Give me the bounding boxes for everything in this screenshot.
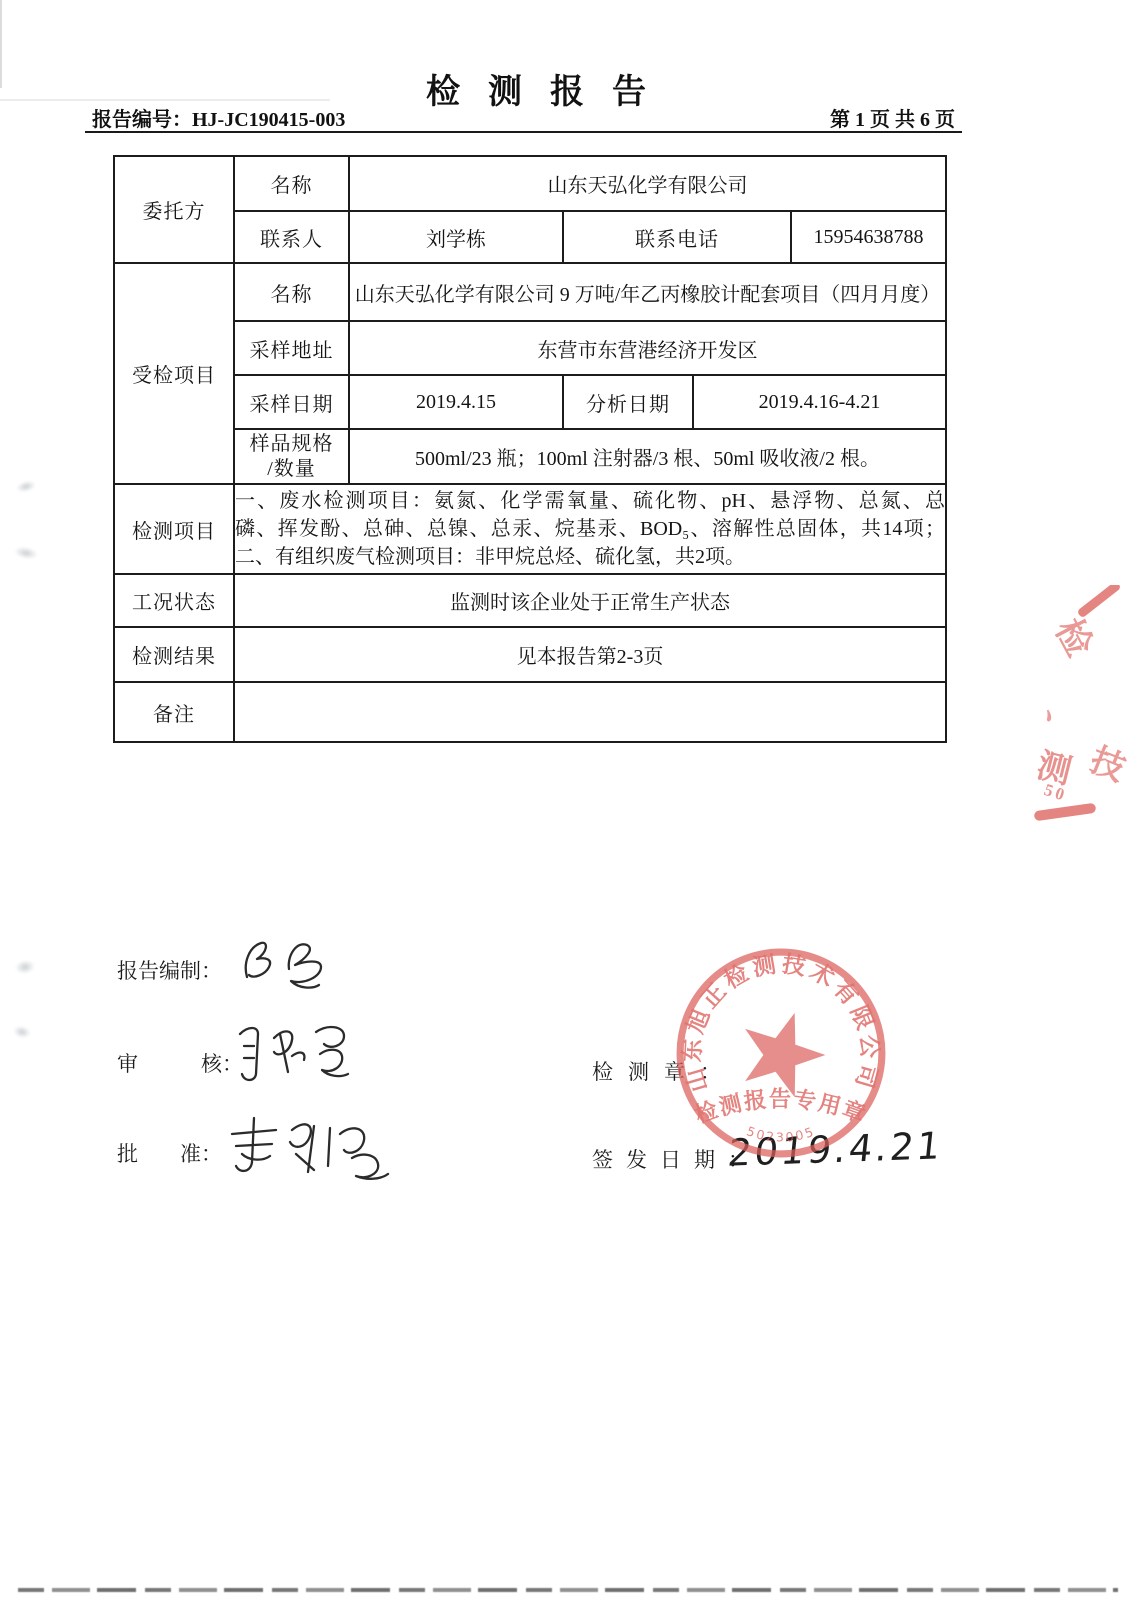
scan-smudge <box>14 959 36 976</box>
contact-value: 刘学栋 <box>349 211 563 263</box>
address-label: 采样地址 <box>234 321 349 375</box>
result-label: 检测结果 <box>114 627 234 682</box>
condition-value: 监测时该企业处于正常生产状态 <box>234 574 946 627</box>
items-line-1: 一、废水检测项目：氨氮、化学需氧量、硫化物、pH、悬浮物、总氮、总 <box>235 487 945 515</box>
header-rule <box>85 131 962 133</box>
scan-smudge <box>15 479 37 495</box>
table-row: 样品规格 /数量 500ml/23 瓶；100ml 注射器/3 根、50ml 吸… <box>114 429 946 484</box>
report-number-value: HJ-JC190415-003 <box>192 109 345 131</box>
table-row: 联系人 刘学栋 联系电话 15954638788 <box>114 211 946 263</box>
project-name-value: 山东天弘化学有限公司 9 万吨/年乙丙橡胶计配套项目（四月月度） <box>349 263 946 321</box>
report-number-label: 报告编号： <box>92 109 192 131</box>
table-row: 采样地址 东营市东营港经济开发区 <box>114 321 946 375</box>
remark-label: 备注 <box>114 682 234 742</box>
items-content: 一、废水检测项目：氨氮、化学需氧量、硫化物、pH、悬浮物、总氮、总 磷、挥发酚、… <box>234 484 946 574</box>
contact-label: 联系人 <box>234 211 349 263</box>
table-row: 受检项目 名称 山东天弘化学有限公司 9 万吨/年乙丙橡胶计配套项目（四月月度） <box>114 263 946 321</box>
table-row: 备注 <box>114 682 946 742</box>
project-label: 受检项目 <box>114 263 234 484</box>
analysis-date-value: 2019.4.16-4.21 <box>693 375 946 429</box>
spec-label: 样品规格 /数量 <box>234 429 349 484</box>
condition-label: 工况状态 <box>114 574 234 627</box>
scanned-report-page: 检测报告 报告编号：HJ-JC190415-003 第 1 页 共 6 页 委托… <box>0 0 1130 1600</box>
report-summary-table: 委托方 名称 山东天弘化学有限公司 联系人 刘学栋 联系电话 159546387… <box>113 155 947 743</box>
prepared-by-label: 报告编制： <box>117 955 222 985</box>
client-name-value: 山东天弘化学有限公司 <box>349 156 946 211</box>
table-row: 检测结果 见本报告第2-3页 <box>114 627 946 682</box>
client-label: 委托方 <box>114 156 234 263</box>
table-row: 工况状态 监测时该企业处于正常生产状态 <box>114 574 946 627</box>
sampling-date-value: 2019.4.15 <box>349 375 563 429</box>
scan-artifact-edge <box>0 0 2 88</box>
table-row: 检测项目 一、废水检测项目：氨氮、化学需氧量、硫化物、pH、悬浮物、总氮、总 磷… <box>114 484 946 574</box>
edge-seal-fragments: 检 、 测 技 50 <box>1032 585 1130 823</box>
result-value: 见本报告第2-3页 <box>234 627 946 682</box>
items-line-3: 二、有组织废气检测项目：非甲烷总烃、硫化氢，共2项。 <box>235 543 945 571</box>
scan-smudge <box>12 1024 32 1039</box>
approved-by-label: 批 准： <box>117 1138 222 1168</box>
analysis-date-label: 分析日期 <box>563 375 693 429</box>
sampling-date-label: 采样日期 <box>234 375 349 429</box>
edge-seal-char: 、 <box>1037 686 1091 742</box>
spec-label-line1: 样品规格 <box>235 432 348 457</box>
reviewed-by-signature <box>228 1016 358 1094</box>
table-row: 采样日期 2019.4.15 分析日期 2019.4.16-4.21 <box>114 375 946 429</box>
spec-label-line2: /数量 <box>235 457 348 482</box>
spec-value: 500ml/23 瓶；100ml 注射器/3 根、50ml 吸收液/2 根。 <box>349 429 946 484</box>
company-seal: 山东旭正检测技术有限公司 检测报告专用章 3705023005979 <box>670 942 892 1164</box>
svg-text:检测报告专用章: 检测报告专用章 <box>691 1086 870 1128</box>
client-name-label: 名称 <box>234 156 349 211</box>
edge-seal-char: 技 <box>1084 732 1130 790</box>
project-name-label: 名称 <box>234 263 349 321</box>
address-value: 东营市东营港经济开发区 <box>349 321 946 375</box>
scan-bottom-edge <box>18 1588 1118 1592</box>
page-indicator: 第 1 页 共 6 页 <box>830 103 955 132</box>
table-row: 委托方 名称 山东天弘化学有限公司 <box>114 156 946 211</box>
reviewed-by-label: 审 核： <box>117 1048 243 1078</box>
report-number: 报告编号：HJ-JC190415-003 <box>92 103 345 132</box>
scan-smudge <box>13 545 39 561</box>
remark-value <box>234 682 946 742</box>
prepared-by-signature <box>233 933 343 995</box>
phone-value: 15954638788 <box>791 211 946 263</box>
phone-label: 联系电话 <box>563 211 791 263</box>
scan-artifact-band <box>0 99 330 101</box>
approved-by-signature <box>218 1106 403 1191</box>
items-label: 检测项目 <box>114 484 234 574</box>
seal-banner-text: 检测报告专用章 <box>691 1086 870 1128</box>
edge-seal-stroke <box>1034 803 1097 822</box>
items-line-2: 磷、挥发酚、总砷、总镍、总汞、烷基汞、BOD₅、溶解性总固体，共14项； <box>235 515 945 543</box>
header-row: 报告编号：HJ-JC190415-003 第 1 页 共 6 页 <box>92 103 955 132</box>
edge-seal-char: 检 <box>1045 609 1107 665</box>
